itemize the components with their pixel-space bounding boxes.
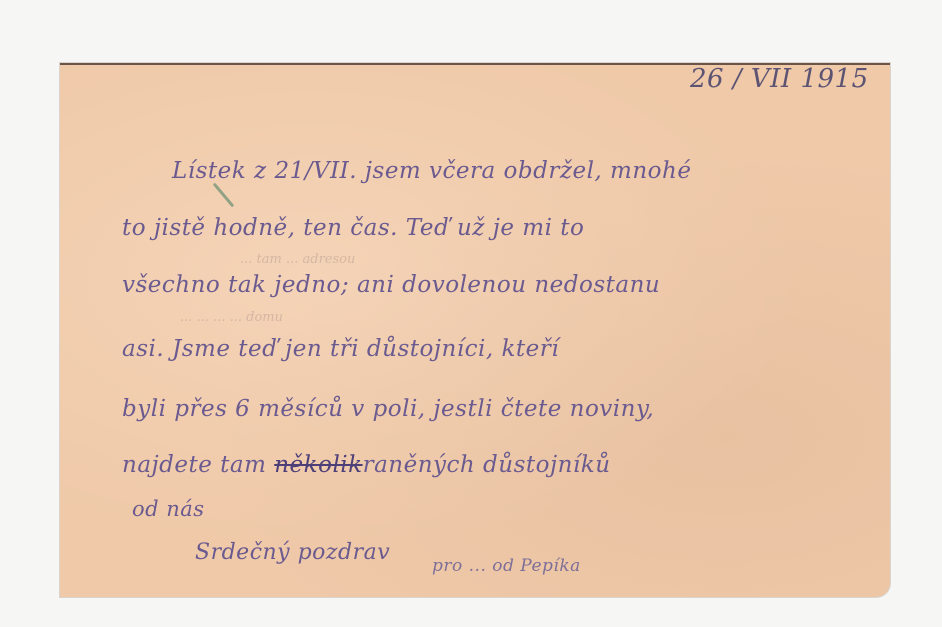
struck-word: několik bbox=[274, 452, 362, 478]
bleedthrough-text: ... ... ... ... domu bbox=[180, 310, 283, 325]
letter-line: všechno tak jedno; ani dovolenou nedosta… bbox=[122, 272, 660, 298]
letter-line: Lístek z 21/VII. jsem včera obdržel, mno… bbox=[172, 158, 691, 184]
line-text: od nás bbox=[132, 497, 205, 521]
closing-greeting: Srdečný pozdrav bbox=[195, 540, 390, 565]
letter-line: byli přes 6 měsíců v poli, jestli čtete … bbox=[122, 396, 654, 422]
letter-line: to jistě hodně, ten čas. Teď už je mi to bbox=[122, 215, 584, 241]
letter-date: 26 / VII 1915 bbox=[690, 64, 869, 94]
line-text: byli přes 6 měsíců v poli, jestli čtete … bbox=[122, 396, 654, 422]
line-text: asi. Jsme teď jen tři důstojníci, kteří bbox=[122, 336, 559, 362]
line-text: Lístek z 21/VII. jsem včera obdržel, mno… bbox=[172, 158, 691, 184]
letter-line: asi. Jsme teď jen tři důstojníci, kteří bbox=[122, 336, 559, 362]
signature: pro ... od Pepíka bbox=[432, 556, 581, 576]
line-text: najdete tam bbox=[122, 452, 274, 478]
scan-background: ... tam ... adresou ... ... ... ... domu… bbox=[0, 0, 942, 627]
letter-line: najdete tam několikraněných důstojníků bbox=[122, 452, 611, 478]
line-text: raněných důstojníků bbox=[363, 452, 611, 478]
letter-line: od nás bbox=[132, 497, 205, 521]
line-text: všechno tak jedno; ani dovolenou nedosta… bbox=[122, 272, 660, 298]
line-text: to jistě hodně, ten čas. Teď už je mi to bbox=[122, 215, 584, 241]
bleedthrough-text: ... tam ... adresou bbox=[240, 252, 355, 267]
